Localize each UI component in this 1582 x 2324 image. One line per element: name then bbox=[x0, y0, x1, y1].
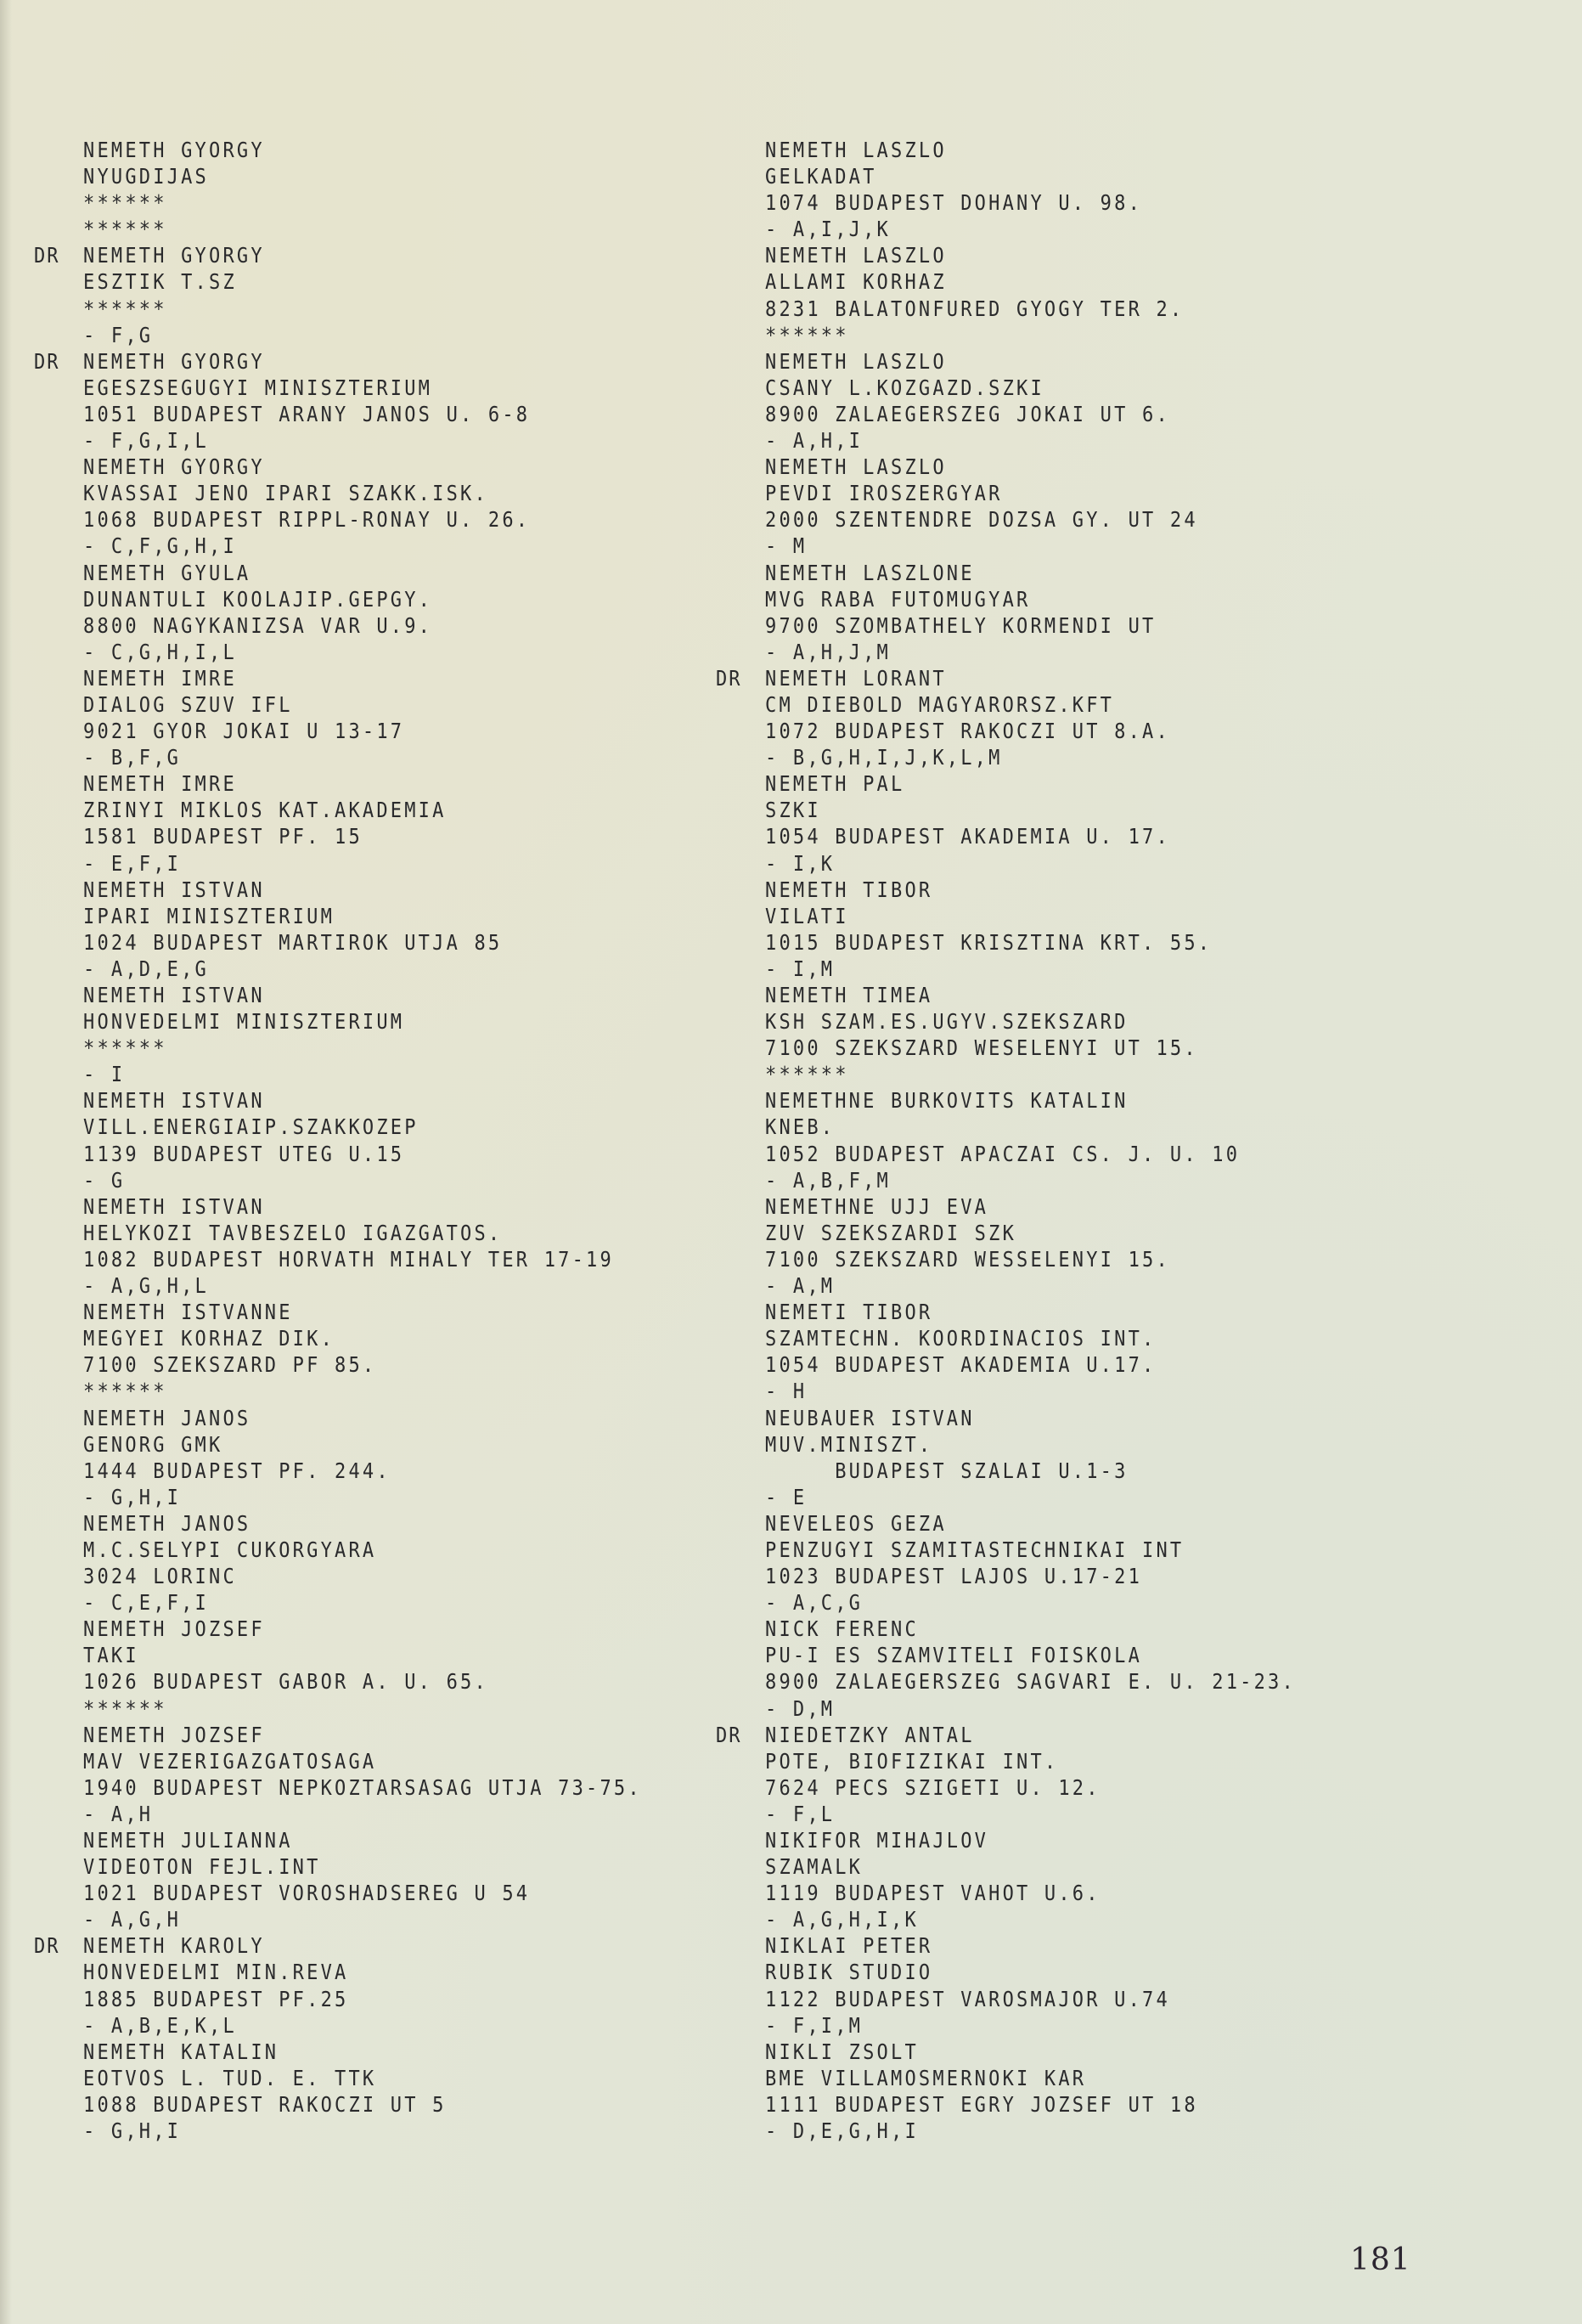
entry-address: 1074 BUDAPEST DOHANY U. 98. bbox=[716, 189, 1480, 218]
entry-address: 1023 BUDAPEST LAJOS U.17-21 bbox=[716, 1562, 1480, 1592]
entry-codes-text: - A,H,J,M bbox=[765, 640, 891, 664]
entry-codes: - I,M bbox=[716, 955, 1480, 984]
entry-org: M.C.SELYPI CUKORGYARA bbox=[34, 1536, 713, 1565]
directory-entry: NEMETH LASZLOPEVDI IROSZERGYAR2000 SZENT… bbox=[716, 454, 1480, 560]
entry-address: 1581 BUDAPEST PF. 15 bbox=[34, 823, 713, 853]
entry-address: 8800 NAGYKANIZSA VAR U.9. bbox=[34, 612, 713, 641]
entry-name-text: NEMETH KAROLY bbox=[83, 1935, 265, 1959]
entry-codes-text: - A,G,H,I,K bbox=[765, 1909, 919, 1932]
entry-codes-text: ****** bbox=[83, 1697, 167, 1721]
page-number: 181 bbox=[1350, 2242, 1411, 2277]
directory-column-left: NEMETH GYORGYNYUGDIJAS************DRNEME… bbox=[34, 138, 713, 2145]
entry-address: 1111 BUDAPEST EGRY JOZSEF UT 18 bbox=[716, 2090, 1480, 2120]
entry-address-text: 7100 SZEKSZARD WESSELENYI 15. bbox=[765, 1248, 1170, 1272]
entry-codes-text: ****** bbox=[765, 1063, 849, 1087]
entry-name: NEMETI TIBOR bbox=[716, 1298, 1480, 1328]
entry-org: CM DIEBOLD MAGYARORSZ.KFT bbox=[716, 691, 1480, 720]
entry-codes: - A,C,G bbox=[716, 1588, 1480, 1618]
entry-address-text: 1122 BUDAPEST VAROSMAJOR U.74 bbox=[765, 1988, 1170, 2011]
entry-org-text: ZUV SZEKSZARDI SZK bbox=[765, 1221, 1016, 1245]
directory-entry: NIKLI ZSOLTBME VILLAMOSMERNOKI KAR1111 B… bbox=[716, 2039, 1480, 2145]
entry-codes: ****** bbox=[716, 1060, 1480, 1090]
entry-address-text: 1021 BUDAPEST VOROSHADSEREG U 54 bbox=[83, 1882, 530, 1906]
entry-org-text: VILL.ENERGIAIP.SZAKKOZEP bbox=[83, 1116, 419, 1140]
directory-entry: NEVELEOS GEZAPENZUGYI SZAMITASTECHNIKAI … bbox=[716, 1511, 1480, 1616]
entry-codes-text: ****** bbox=[83, 1380, 167, 1404]
entry-org: EOTVOS L. TUD. E. TTK bbox=[34, 2064, 713, 2094]
entry-org-text: HONVEDELMI MIN.REVA bbox=[83, 1961, 348, 1985]
entry-address: 9700 SZOMBATHELY KORMENDI UT bbox=[716, 612, 1480, 641]
entry-codes: - A,H bbox=[34, 1800, 713, 1830]
entry-address-text: 8231 BALATONFURED GYOGY TER 2. bbox=[765, 297, 1184, 321]
entry-address: 3024 LORINC bbox=[34, 1562, 713, 1592]
entry-codes: - E,F,I bbox=[34, 849, 713, 879]
entry-name: NEMETHNE UJJ EVA bbox=[716, 1193, 1480, 1222]
entry-org: VILL.ENERGIAIP.SZAKKOZEP bbox=[34, 1114, 713, 1143]
entry-org: IPARI MINISZTERIUM bbox=[34, 902, 713, 932]
entry-codes: - I,K bbox=[716, 849, 1480, 879]
entry-name: NEMETH GYORGY bbox=[34, 136, 713, 166]
directory-entry: NIKIFOR MIHAJLOVSZAMALK1119 BUDAPEST VAH… bbox=[716, 1828, 1480, 1933]
entry-org: DIALOG SZUV IFL bbox=[34, 691, 713, 720]
entry-name: NEMETH TIMEA bbox=[716, 981, 1480, 1011]
entry-org-text: MAV VEZERIGAZGATOSAGA bbox=[83, 1750, 376, 1774]
entry-name-text: NEMETH LASZLO bbox=[765, 138, 947, 162]
directory-entry: NEMETH JULIANNAVIDEOTON FEJL.INT1021 BUD… bbox=[34, 1828, 713, 1933]
entry-name-text: NEMETHNE UJJ EVA bbox=[765, 1195, 988, 1219]
directory-entry: DRNEMETH LORANTCM DIEBOLD MAGYARORSZ.KFT… bbox=[716, 666, 1480, 771]
entry-org: HONVEDELMI MIN.REVA bbox=[34, 1959, 713, 1988]
directory-entry: NEMETH IMREZRINYI MIKLOS KAT.AKADEMIA158… bbox=[34, 771, 713, 877]
entry-name-text: NEMETI TIBOR bbox=[765, 1301, 932, 1325]
entry-codes: - E bbox=[716, 1483, 1480, 1513]
entry-codes: - F,L bbox=[716, 1800, 1480, 1830]
entry-name: NEMETH JANOS bbox=[34, 1404, 713, 1434]
entry-address-text: ****** bbox=[83, 1037, 167, 1061]
entry-org-text: SZKI bbox=[765, 799, 821, 823]
entry-address: 2000 SZENTENDRE DOZSA GY. UT 24 bbox=[716, 505, 1480, 535]
entry-address: 1119 BUDAPEST VAHOT U.6. bbox=[716, 1879, 1480, 1909]
entry-address-text: 9700 SZOMBATHELY KORMENDI UT bbox=[765, 614, 1156, 638]
entry-name: NEMETH KATALIN bbox=[34, 2038, 713, 2067]
entry-address: 1072 BUDAPEST RAKOCZI UT 8.A. bbox=[716, 717, 1480, 747]
entry-org-text: MVG RABA FUTOMUGYAR bbox=[765, 588, 1030, 612]
entry-org: SZAMALK bbox=[716, 1853, 1480, 1882]
entry-address-text: 1026 BUDAPEST GABOR A. U. 65. bbox=[83, 1671, 488, 1695]
entry-address: 7100 SZEKSZARD WESSELENYI 15. bbox=[716, 1245, 1480, 1275]
entry-address-text: 1023 BUDAPEST LAJOS U.17-21 bbox=[765, 1565, 1142, 1589]
entry-org-text: DIALOG SZUV IFL bbox=[83, 693, 293, 717]
directory-entry: NEMETH ISTVANHONVEDELMI MINISZTERIUM****… bbox=[34, 983, 713, 1088]
entry-name: DRNEMETH GYORGY bbox=[34, 242, 713, 272]
directory-entry: NEMETH PALSZKI1054 BUDAPEST AKADEMIA U. … bbox=[716, 771, 1480, 877]
entry-name-text: NEMETH KATALIN bbox=[83, 2040, 279, 2064]
entry-name-text: NEMETH LASZLO bbox=[765, 456, 947, 480]
entry-address-text: BUDAPEST SZALAI U.1-3 bbox=[765, 1459, 1129, 1483]
entry-address: 7100 SZEKSZARD PF 85. bbox=[34, 1351, 713, 1380]
entry-address-text: 8900 ZALAEGERSZEG SAGVARI E. U. 21-23. bbox=[765, 1671, 1296, 1695]
entry-org-text: RUBIK STUDIO bbox=[765, 1961, 932, 1985]
title-prefix: DR bbox=[716, 1721, 742, 1751]
entry-org-text: PENZUGYI SZAMITASTECHNIKAI INT bbox=[765, 1538, 1184, 1562]
entry-name-text: NEMETH JOZSEF bbox=[83, 1618, 265, 1642]
entry-codes: - B,F,G bbox=[34, 743, 713, 773]
entry-name-text: NEMETH IMRE bbox=[83, 773, 237, 797]
entry-name-text: NEMETH GYULA bbox=[83, 561, 251, 585]
entry-name-text: NEMETH ISTVAN bbox=[83, 878, 265, 902]
entry-org-text: KVASSAI JENO IPARI SZAKK.ISK. bbox=[83, 482, 488, 506]
entry-org-text: EGESZSEGUGYI MINISZTERIUM bbox=[83, 376, 432, 400]
entry-org: MEGYEI KORHAZ DIK. bbox=[34, 1324, 713, 1354]
entry-org-text: KNEB. bbox=[765, 1116, 835, 1140]
directory-entry: NEMETI TIBORSZAMTECHN. KOORDINACIOS INT.… bbox=[716, 1300, 1480, 1405]
entry-name: NEMETH JANOS bbox=[34, 1509, 713, 1539]
entry-address-text: 1024 BUDAPEST MARTIROK UTJA 85 bbox=[83, 931, 502, 955]
entry-name: NEMETH TIBOR bbox=[716, 876, 1480, 905]
directory-entry: NEMETH LASZLOALLAMI KORHAZ8231 BALATONFU… bbox=[716, 243, 1480, 348]
entry-codes-text: - I bbox=[83, 1063, 125, 1087]
entry-address: 1024 BUDAPEST MARTIROK UTJA 85 bbox=[34, 928, 713, 958]
directory-column-right: NEMETH LASZLOGELKADAT1074 BUDAPEST DOHAN… bbox=[716, 138, 1480, 2145]
entry-address-text: ****** bbox=[83, 297, 167, 321]
title-prefix: DR bbox=[716, 664, 742, 694]
entry-org-text: MUV.MINISZT. bbox=[765, 1433, 932, 1457]
entry-name: NEMETH ISTVAN bbox=[34, 1193, 713, 1222]
entry-address-text: 9021 GYOR JOKAI U 13-17 bbox=[83, 720, 404, 744]
entry-name-text: NIKIFOR MIHAJLOV bbox=[765, 1829, 988, 1853]
entry-codes: - F,G,I,L bbox=[34, 426, 713, 456]
entry-codes: ****** bbox=[716, 321, 1480, 351]
entry-name: NEMETH LASZLO bbox=[716, 347, 1480, 377]
entry-address-text: 1074 BUDAPEST DOHANY U. 98. bbox=[765, 192, 1142, 216]
entry-name: NEMETH IMRE bbox=[34, 770, 713, 799]
entry-codes-text: - H bbox=[765, 1380, 807, 1404]
entry-address: 7624 PECS SZIGETI U. 12. bbox=[716, 1774, 1480, 1803]
entry-codes-text: - A,D,E,G bbox=[83, 957, 209, 981]
entry-name-text: NEVELEOS GEZA bbox=[765, 1512, 947, 1536]
entry-name: NEMETH JOZSEF bbox=[34, 1615, 713, 1644]
entry-codes: - I bbox=[34, 1060, 713, 1090]
entry-name-text: NEMETH ISTVAN bbox=[83, 1090, 265, 1114]
entry-org-text: ALLAMI KORHAZ bbox=[765, 271, 947, 295]
entry-org-text: HELYKOZI TAVBESZELO IGAZGATOS. bbox=[83, 1221, 502, 1245]
entry-address: ****** bbox=[34, 189, 713, 218]
entry-name: NIKLAI PETER bbox=[716, 1932, 1480, 1962]
entry-org: GELKADAT bbox=[716, 162, 1480, 192]
directory-entry: NEMETH ISTVANNEMEGYEI KORHAZ DIK.7100 SZ… bbox=[34, 1300, 713, 1405]
directory-entry: DRNEMETH GYORGYEGESZSEGUGYI MINISZTERIUM… bbox=[34, 349, 713, 454]
entry-address-text: 7100 SZEKSZARD PF 85. bbox=[83, 1354, 376, 1378]
entry-codes: - A,G,H,L bbox=[34, 1272, 713, 1301]
entry-codes: - A,B,F,M bbox=[716, 1166, 1480, 1196]
entry-name-text: NIKLI ZSOLT bbox=[765, 2040, 919, 2064]
entry-address: 1444 BUDAPEST PF. 244. bbox=[34, 1457, 713, 1486]
entry-address: BUDAPEST SZALAI U.1-3 bbox=[716, 1457, 1480, 1486]
entry-codes: - A,G,H,I,K bbox=[716, 1905, 1480, 1935]
entry-org: ZRINYI MIKLOS KAT.AKADEMIA bbox=[34, 796, 713, 826]
entry-name-text: NEMETH JANOS bbox=[83, 1407, 251, 1430]
entry-address: ****** bbox=[34, 1034, 713, 1063]
entry-codes-text: - A,C,G bbox=[765, 1592, 863, 1616]
entry-name: DRNEMETH KAROLY bbox=[34, 1932, 713, 1962]
entry-codes: - A,G,H bbox=[34, 1905, 713, 1935]
entry-codes: - B,G,H,I,J,K,L,M bbox=[716, 743, 1480, 773]
entry-codes-text: - I,M bbox=[765, 957, 835, 981]
entry-name-text: NEMETH ISTVAN bbox=[83, 984, 265, 1007]
entry-codes-text: - M bbox=[765, 535, 807, 559]
entry-address-text: 1052 BUDAPEST APACZAI CS. J. U. 10 bbox=[765, 1142, 1240, 1166]
entry-codes-text: - A,G,H,L bbox=[83, 1275, 209, 1299]
entry-org: KNEB. bbox=[716, 1114, 1480, 1143]
entry-name-text: NEMETH IMRE bbox=[83, 667, 237, 691]
directory-entry: NEMETH GYORGYKVASSAI JENO IPARI SZAKK.IS… bbox=[34, 454, 713, 560]
entry-address: 1015 BUDAPEST KRISZTINA KRT. 55. bbox=[716, 928, 1480, 958]
entry-codes: - A,M bbox=[716, 1272, 1480, 1301]
directory-entry: NEMETH TIBORVILATI1015 BUDAPEST KRISZTIN… bbox=[716, 877, 1480, 983]
entry-address-text: 3024 LORINC bbox=[83, 1565, 237, 1589]
entry-org-text: GELKADAT bbox=[765, 166, 877, 189]
entry-address-text: 1015 BUDAPEST KRISZTINA KRT. 55. bbox=[765, 931, 1212, 955]
entry-name-text: NEMETH GYORGY bbox=[83, 138, 265, 162]
entry-name-text: NEMETHNE BURKOVITS KATALIN bbox=[765, 1090, 1129, 1114]
entry-address: 8231 BALATONFURED GYOGY TER 2. bbox=[716, 295, 1480, 324]
entry-codes-text: - A,B,F,M bbox=[765, 1169, 891, 1193]
entry-address: 1026 BUDAPEST GABOR A. U. 65. bbox=[34, 1668, 713, 1698]
entry-codes-text: - A,B,E,K,L bbox=[83, 2014, 237, 2038]
entry-name-text: NEMETH GYORGY bbox=[83, 245, 265, 268]
entry-codes: - F,I,M bbox=[716, 2011, 1480, 2041]
entry-codes-text: - A,H bbox=[83, 1802, 153, 1826]
entry-codes: - M bbox=[716, 533, 1480, 562]
entry-org-text: NYUGDIJAS bbox=[83, 166, 209, 189]
entry-org: EGESZSEGUGYI MINISZTERIUM bbox=[34, 374, 713, 403]
entry-name: NIKIFOR MIHAJLOV bbox=[716, 1826, 1480, 1856]
directory-entry: NEMETH JANOSM.C.SELYPI CUKORGYARA3024 LO… bbox=[34, 1511, 713, 1616]
entry-name: NIKLI ZSOLT bbox=[716, 2038, 1480, 2067]
directory-entry: NEMETH JOZSEFMAV VEZERIGAZGATOSAGA1940 B… bbox=[34, 1723, 713, 1828]
entry-codes-text: - C,G,H,I,L bbox=[83, 640, 237, 664]
directory-entry: NEMETH LASZLOCSANY L.KOZGAZD.SZKI8900 ZA… bbox=[716, 349, 1480, 454]
entry-address: 1122 BUDAPEST VAROSMAJOR U.74 bbox=[716, 1985, 1480, 2015]
entry-codes: - C,F,G,H,I bbox=[34, 533, 713, 562]
entry-org: CSANY L.KOZGAZD.SZKI bbox=[716, 374, 1480, 403]
entry-org-text: M.C.SELYPI CUKORGYARA bbox=[83, 1538, 376, 1562]
entry-address: 1051 BUDAPEST ARANY JANOS U. 6-8 bbox=[34, 400, 713, 430]
entry-address-text: 1054 BUDAPEST AKADEMIA U.17. bbox=[765, 1354, 1156, 1378]
entry-name: NEMETH LASZLO bbox=[716, 453, 1480, 482]
entry-name-text: NEMETH ISTVANNE bbox=[83, 1301, 293, 1325]
directory-entry: NEMETH JOZSEFTAKI1026 BUDAPEST GABOR A. … bbox=[34, 1616, 713, 1722]
entry-name: NEMETH LASZLO bbox=[716, 242, 1480, 272]
entry-name: DRNEMETH LORANT bbox=[716, 664, 1480, 694]
entry-name: NEMETH ISTVANNE bbox=[34, 1298, 713, 1328]
entry-codes-text: - E,F,I bbox=[83, 852, 181, 876]
entry-name-text: NEMETH JANOS bbox=[83, 1512, 251, 1536]
directory-entry: DRNIEDETZKY ANTALPOTE, BIOFIZIKAI INT.76… bbox=[716, 1723, 1480, 1828]
entry-address-text: 1068 BUDAPEST RIPPL-RONAY U. 26. bbox=[83, 509, 530, 533]
entry-address-text: 8800 NAGYKANIZSA VAR U.9. bbox=[83, 614, 432, 638]
entry-codes-text: - C,E,F,I bbox=[83, 1592, 209, 1616]
entry-org: MVG RABA FUTOMUGYAR bbox=[716, 585, 1480, 615]
entry-name-text: NEMETH GYORGY bbox=[83, 350, 265, 374]
entry-name-text: NEMETH JOZSEF bbox=[83, 1723, 265, 1747]
entry-codes: - G bbox=[34, 1166, 713, 1196]
entry-org: GENORG GMK bbox=[34, 1430, 713, 1460]
entry-org: HONVEDELMI MINISZTERIUM bbox=[34, 1007, 713, 1037]
entry-address: 1054 BUDAPEST AKADEMIA U. 17. bbox=[716, 823, 1480, 853]
entry-name-text: NIKLAI PETER bbox=[765, 1935, 932, 1959]
entry-org: SZKI bbox=[716, 796, 1480, 826]
directory-entry: NEMETH ISTVANVILL.ENERGIAIP.SZAKKOZEP113… bbox=[34, 1088, 713, 1193]
entry-address: 1940 BUDAPEST NEPKOZTARSASAG UTJA 73-75. bbox=[34, 1774, 713, 1803]
entry-address-text: 7624 PECS SZIGETI U. 12. bbox=[765, 1776, 1101, 1800]
entry-address-text: ****** bbox=[83, 192, 167, 216]
entry-codes-text: - G,H,I bbox=[83, 2120, 181, 2144]
entry-name-text: NEMETH TIMEA bbox=[765, 984, 932, 1007]
entry-org: TAKI bbox=[34, 1641, 713, 1671]
entry-codes-text: - A,I,J,K bbox=[765, 218, 891, 242]
entry-codes: - A,H,I bbox=[716, 426, 1480, 456]
entry-address-text: 1581 BUDAPEST PF. 15 bbox=[83, 826, 363, 849]
entry-org-text: ZRINYI MIKLOS KAT.AKADEMIA bbox=[83, 799, 447, 823]
entry-codes-text: - F,I,M bbox=[765, 2014, 863, 2038]
entry-address: 9021 GYOR JOKAI U 13-17 bbox=[34, 717, 713, 747]
entry-address-text: 1885 BUDAPEST PF.25 bbox=[83, 1988, 348, 2011]
entry-org: ALLAMI KORHAZ bbox=[716, 268, 1480, 298]
entry-org: ESZTIK T.SZ bbox=[34, 268, 713, 298]
entry-name: NEMETH GYULA bbox=[34, 559, 713, 589]
entry-org: KSH SZAM.ES.UGYV.SZEKSZARD bbox=[716, 1007, 1480, 1037]
entry-codes-text: - I,K bbox=[765, 852, 835, 876]
entry-address: 1139 BUDAPEST UTEG U.15 bbox=[34, 1140, 713, 1170]
entry-name: NEMETH ISTVAN bbox=[34, 876, 713, 905]
directory-entry: NEMETHNE UJJ EVAZUV SZEKSZARDI SZK7100 S… bbox=[716, 1194, 1480, 1300]
entry-org-text: KSH SZAM.ES.UGYV.SZEKSZARD bbox=[765, 1011, 1129, 1035]
entry-address-text: 1940 BUDAPEST NEPKOZTARSASAG UTJA 73-75. bbox=[83, 1776, 642, 1800]
entry-address-text: 1088 BUDAPEST RAKOCZI UT 5 bbox=[83, 2093, 447, 2117]
entry-org-text: PEVDI IROSZERGYAR bbox=[765, 482, 1003, 506]
entry-address-text: 1054 BUDAPEST AKADEMIA U. 17. bbox=[765, 826, 1170, 849]
entry-org: POTE, BIOFIZIKAI INT. bbox=[716, 1747, 1480, 1777]
entry-name-text: NEMETH LASZLO bbox=[765, 245, 947, 268]
entry-name-text: NEMETH LORANT bbox=[765, 667, 947, 691]
entry-codes-text: ****** bbox=[83, 218, 167, 242]
entry-address-text: 2000 SZENTENDRE DOZSA GY. UT 24 bbox=[765, 509, 1198, 533]
entry-org-text: ESZTIK T.SZ bbox=[83, 271, 237, 295]
entry-org-text: IPARI MINISZTERIUM bbox=[83, 905, 335, 928]
entry-org-text: BME VILLAMOSMERNOKI KAR bbox=[765, 2067, 1086, 2090]
entry-org: ZUV SZEKSZARDI SZK bbox=[716, 1219, 1480, 1249]
entry-name: NEMETH JOZSEF bbox=[34, 1721, 713, 1751]
entry-codes: - C,G,H,I,L bbox=[34, 638, 713, 668]
entry-org-text: EOTVOS L. TUD. E. TTK bbox=[83, 2067, 376, 2090]
entry-org-text: GENORG GMK bbox=[83, 1433, 222, 1457]
entry-address: 1082 BUDAPEST HORVATH MIHALY TER 17-19 bbox=[34, 1245, 713, 1275]
entry-org: PU-I ES SZAMVITELI FOISKOLA bbox=[716, 1641, 1480, 1671]
directory-entry: NEUBAUER ISTVANMUV.MINISZT. BUDAPEST SZA… bbox=[716, 1406, 1480, 1511]
entry-codes-text: - F,G,I,L bbox=[83, 430, 209, 454]
entry-org: PENZUGYI SZAMITASTECHNIKAI INT bbox=[716, 1536, 1480, 1565]
entry-address: 1885 BUDAPEST PF.25 bbox=[34, 1985, 713, 2015]
entry-codes: - G,H,I bbox=[34, 2117, 713, 2146]
entry-address-text: 1111 BUDAPEST EGRY JOZSEF UT 18 bbox=[765, 2093, 1198, 2117]
entry-org-text: DUNANTULI KOOLAJIP.GEPGY. bbox=[83, 588, 432, 612]
entry-address-text: 1119 BUDAPEST VAHOT U.6. bbox=[765, 1882, 1101, 1906]
directory-entry: NEMETH IMREDIALOG SZUV IFL9021 GYOR JOKA… bbox=[34, 666, 713, 771]
directory-entry: NEMETH TIMEAKSH SZAM.ES.UGYV.SZEKSZARD71… bbox=[716, 983, 1480, 1088]
directory-entry: DRNEMETH GYORGYESZTIK T.SZ******- F,G bbox=[34, 243, 713, 348]
entry-codes: ****** bbox=[34, 215, 713, 245]
entry-codes: - A,B,E,K,L bbox=[34, 2011, 713, 2041]
entry-org: DUNANTULI KOOLAJIP.GEPGY. bbox=[34, 585, 713, 615]
entry-codes-text: - A,G,H bbox=[83, 1909, 181, 1932]
entry-name: NEMETH IMRE bbox=[34, 664, 713, 694]
entry-org: SZAMTECHN. KOORDINACIOS INT. bbox=[716, 1324, 1480, 1354]
entry-org: MUV.MINISZT. bbox=[716, 1430, 1480, 1460]
entry-codes-text: - B,F,G bbox=[83, 747, 181, 770]
entry-address: 1088 BUDAPEST RAKOCZI UT 5 bbox=[34, 2090, 713, 2120]
entry-codes: - A,I,J,K bbox=[716, 215, 1480, 245]
entry-org-text: SZAMTECHN. KOORDINACIOS INT. bbox=[765, 1328, 1156, 1351]
entry-org-text: TAKI bbox=[83, 1644, 139, 1668]
directory-entry: DRNEMETH KAROLYHONVEDELMI MIN.REVA1885 B… bbox=[34, 1933, 713, 2039]
entry-name: NEMETH LASZLONE bbox=[716, 559, 1480, 589]
entry-codes-text: - B,G,H,I,J,K,L,M bbox=[765, 747, 1003, 770]
entry-codes: ****** bbox=[34, 1695, 713, 1724]
directory-entry: NIKLAI PETERRUBIK STUDIO1122 BUDAPEST VA… bbox=[716, 1933, 1480, 2039]
entry-org-text: POTE, BIOFIZIKAI INT. bbox=[765, 1750, 1058, 1774]
entry-name-text: NEMETH TIBOR bbox=[765, 878, 932, 902]
entry-name: NEMETH ISTVAN bbox=[34, 1087, 713, 1117]
entry-codes: ****** bbox=[34, 1378, 713, 1407]
title-prefix: DR bbox=[34, 242, 60, 272]
entry-name: NEMETHNE BURKOVITS KATALIN bbox=[716, 1087, 1480, 1117]
entry-org: HELYKOZI TAVBESZELO IGAZGATOS. bbox=[34, 1219, 713, 1249]
entry-address: 7100 SZEKSZARD WESELENYI UT 15. bbox=[716, 1034, 1480, 1063]
entry-org-text: SZAMALK bbox=[765, 1856, 863, 1880]
directory-entry: NEMETH ISTVANIPARI MINISZTERIUM1024 BUDA… bbox=[34, 877, 713, 983]
page-edge-shadow bbox=[0, 0, 12, 2324]
entry-org: PEVDI IROSZERGYAR bbox=[716, 479, 1480, 509]
entry-codes-text: - A,M bbox=[765, 1275, 835, 1299]
directory-entry: NEMETH JANOSGENORG GMK1444 BUDAPEST PF. … bbox=[34, 1406, 713, 1511]
directory-entry: NEMETHNE BURKOVITS KATALINKNEB.1052 BUDA… bbox=[716, 1088, 1480, 1193]
entry-address-text: 1072 BUDAPEST RAKOCZI UT 8.A. bbox=[765, 720, 1170, 744]
entry-name: NEMETH PAL bbox=[716, 770, 1480, 799]
entry-address: 8900 ZALAEGERSZEG SAGVARI E. U. 21-23. bbox=[716, 1668, 1480, 1698]
entry-name: NEMETH GYORGY bbox=[34, 453, 713, 482]
directory-entry: NEMETH KATALINEOTVOS L. TUD. E. TTK1088 … bbox=[34, 2039, 713, 2145]
entry-codes: - C,E,F,I bbox=[34, 1588, 713, 1618]
directory-entry: NEMETH ISTVANHELYKOZI TAVBESZELO IGAZGAT… bbox=[34, 1194, 713, 1300]
entry-codes-text: - G bbox=[83, 1169, 125, 1193]
entry-codes-text: - G,H,I bbox=[83, 1486, 181, 1509]
entry-address: 1054 BUDAPEST AKADEMIA U.17. bbox=[716, 1351, 1480, 1380]
entry-name-text: NEUBAUER ISTVAN bbox=[765, 1407, 975, 1430]
entry-name: NICK FERENC bbox=[716, 1615, 1480, 1644]
entry-codes-text: - A,H,I bbox=[765, 430, 863, 454]
directory-entry: NEMETH GYULADUNANTULI KOOLAJIP.GEPGY.880… bbox=[34, 561, 713, 666]
entry-address-text: 7100 SZEKSZARD WESELENYI UT 15. bbox=[765, 1037, 1198, 1061]
entry-name-text: NEMETH JULIANNA bbox=[83, 1829, 293, 1853]
entry-address: ****** bbox=[34, 295, 713, 324]
entry-address-text: 1139 BUDAPEST UTEG U.15 bbox=[83, 1142, 404, 1166]
entry-address-text: 1082 BUDAPEST HORVATH MIHALY TER 17-19 bbox=[83, 1248, 614, 1272]
directory-entry: NEMETH GYORGYNYUGDIJAS************ bbox=[34, 138, 713, 243]
entry-org: NYUGDIJAS bbox=[34, 162, 713, 192]
entry-name-text: NIEDETZKY ANTAL bbox=[765, 1723, 975, 1747]
directory-entry: NEMETH LASZLONEMVG RABA FUTOMUGYAR9700 S… bbox=[716, 561, 1480, 666]
